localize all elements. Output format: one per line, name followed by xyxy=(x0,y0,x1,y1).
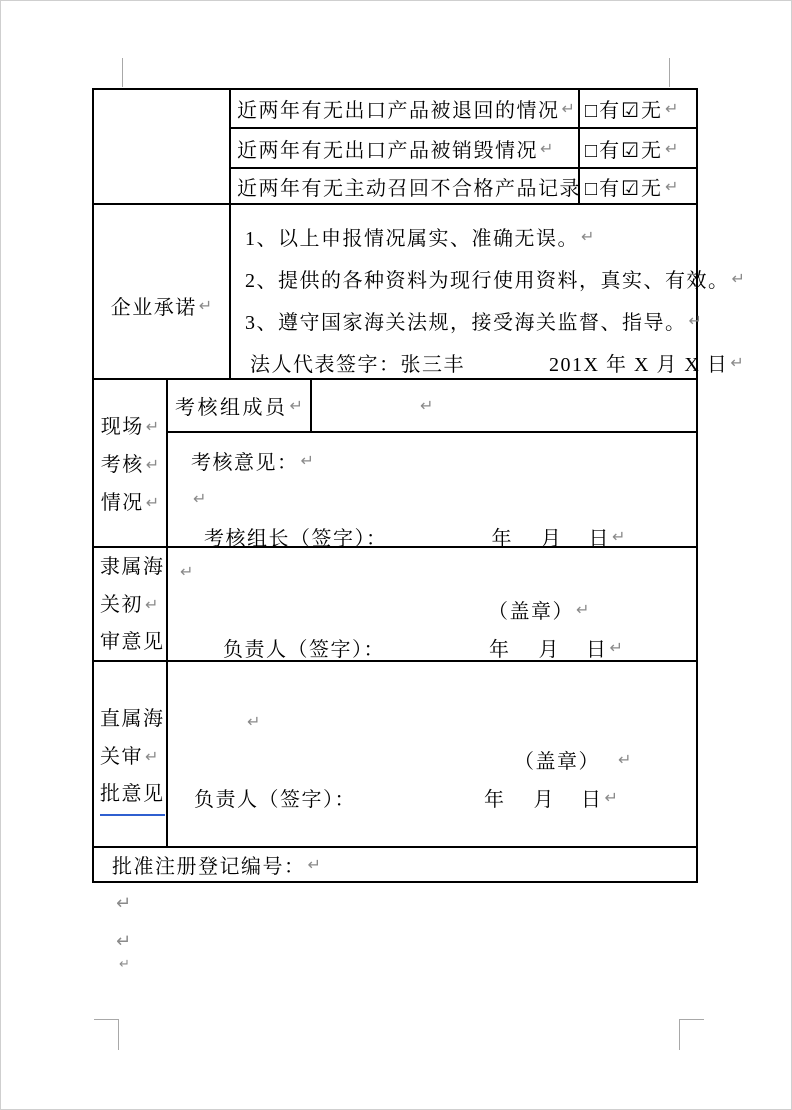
date-unit-month: 月 xyxy=(539,633,561,662)
margin-mark-bottom-right-h xyxy=(679,1019,704,1020)
responsible-signature-label: 负责人（签字）： xyxy=(223,633,385,662)
margin-mark-top-left xyxy=(122,58,123,87)
pilcrow-mark: ↵ xyxy=(301,451,314,470)
date-unit-day: 日 xyxy=(581,783,603,812)
pilcrow-mark: ↵ xyxy=(618,750,631,769)
commitment-label-cell: 企业承诺↵ xyxy=(92,203,229,378)
checkbox-answer[interactable]: □有☑无↵ xyxy=(578,127,698,167)
pilcrow-mark: ↵ xyxy=(180,562,193,581)
approval-label-cell: 直属海 关审↵ 批意见↵ xyxy=(92,660,166,846)
pilcrow-mark: ↵ xyxy=(420,396,433,415)
pilcrow-mark: ↵ xyxy=(665,139,678,158)
pilcrow-mark: ↵ xyxy=(605,788,618,807)
question-text: 近两年有无主动召回不合格产品记录 xyxy=(237,172,581,201)
checkbox-answer-text[interactable]: □有☑无 xyxy=(585,134,663,163)
pilcrow-mark: ↵ xyxy=(689,311,702,330)
onsite-label-line: 现场 xyxy=(101,408,144,446)
onsite-label-line: 考核 xyxy=(101,446,144,484)
assessment-opinion-label: 考核意见： xyxy=(191,446,299,475)
pilcrow-mark: ↵ xyxy=(665,177,678,196)
margin-mark-bottom-right-v xyxy=(679,1019,680,1050)
approval-label-line: 直属海 xyxy=(100,700,165,738)
pilcrow-mark: ↵ xyxy=(612,527,625,546)
checkbox-answer-text[interactable]: □有☑无 xyxy=(585,94,663,123)
legal-representative-signature: 法人代表签字：张三丰 xyxy=(250,348,465,377)
seal-placeholder: （盖章） xyxy=(488,595,574,624)
checkbox-answer-text[interactable]: □有☑无 xyxy=(585,172,663,201)
declaration-question-row: 近两年有无出口产品被销毁情况↵ xyxy=(229,127,578,167)
commitment-label: 企业承诺 xyxy=(111,291,197,320)
margin-mark-bottom-left-v xyxy=(118,1019,119,1050)
date-unit-year: 年 xyxy=(484,783,506,812)
declaration-question-row: 近两年有无出口产品被退回的情况↵ xyxy=(229,88,578,127)
pilcrow-mark: ↵ xyxy=(199,296,212,315)
question-text: 近两年有无出口产品被销毁情况 xyxy=(237,134,538,163)
margin-mark-bottom-left-h xyxy=(94,1019,119,1020)
date-unit-month: 月 xyxy=(534,783,556,812)
approval-label-line: 批意见 xyxy=(100,775,165,816)
pilcrow-mark: ↵ xyxy=(308,855,321,874)
approval-content-cell[interactable]: ↵ （盖章）↵ 负责人（签字）： 年 月 日 ↵ xyxy=(166,660,698,846)
pilcrow-mark: ↵ xyxy=(146,446,159,484)
preliminary-label-line: 关初 xyxy=(100,586,143,624)
onsite-label-cell: 现场↵ 考核↵ 情况↵ xyxy=(92,378,166,546)
commitment-item: 2、提供的各种资料为现行使用资料，真实、有效。 xyxy=(245,264,730,293)
pilcrow-mark: ↵ xyxy=(145,738,158,776)
checkbox-answer[interactable]: □有☑无↵ xyxy=(578,88,698,127)
pilcrow-mark: ↵ xyxy=(146,484,159,522)
pilcrow-mark: ↵ xyxy=(146,408,159,446)
pilcrow-mark: ↵ xyxy=(610,638,623,657)
assessment-team-label: 考核组成员 xyxy=(175,391,288,420)
approval-label-line: 关审 xyxy=(100,738,143,776)
pilcrow-mark: ↵ xyxy=(730,353,743,372)
pilcrow-mark: ↵ xyxy=(581,227,594,246)
registration-number-cell[interactable]: 批准注册登记编号：↵ xyxy=(92,846,698,883)
commitment-item: 3、遵守国家海关法规，接受海关监督、指导。 xyxy=(245,306,687,335)
pilcrow-mark: ↵ xyxy=(116,893,131,914)
date-unit-year: 年 xyxy=(489,633,511,662)
commitment-date: 201X 年 X 月 X 日 xyxy=(549,348,728,377)
pilcrow-mark: ↵ xyxy=(576,600,589,619)
pilcrow-mark: ↵ xyxy=(665,99,678,118)
assessment-opinion-cell[interactable]: 考核意见：↵ ↵ 考核组长（签字）： 年 月 日 ↵ xyxy=(166,431,698,546)
preliminary-label-line: 审意见 xyxy=(100,623,165,664)
pilcrow-mark: ↵ xyxy=(732,269,745,288)
pilcrow-mark: ↵ xyxy=(116,931,131,952)
commitment-content-cell: 1、以上申报情况属实、准确无误。↵ 2、提供的各种资料为现行使用资料，真实、有效… xyxy=(229,203,698,378)
pilcrow-mark: ↵ xyxy=(562,99,575,118)
responsible-signature-label: 负责人（签字）： xyxy=(194,783,356,812)
pilcrow-mark: ↵ xyxy=(290,396,303,415)
margin-mark-top-right xyxy=(669,58,670,87)
preliminary-label-line: 隶属海 xyxy=(100,548,165,586)
word-document-page: 近两年有无出口产品被退回的情况↵ □有☑无↵ 近两年有无出口产品被销毁情况↵ □… xyxy=(0,0,792,1110)
declaration-merged-empty-cell xyxy=(92,88,229,203)
pilcrow-mark: ↵ xyxy=(145,586,158,624)
pilcrow-mark: ↵ xyxy=(119,957,130,972)
declaration-question-row: 近两年有无主动召回不合格产品记录↵ xyxy=(229,167,578,203)
checkbox-answer[interactable]: □有☑无↵ xyxy=(578,167,698,203)
registration-number-label: 批准注册登记编号： xyxy=(112,850,306,879)
commitment-item: 1、以上申报情况属实、准确无误。 xyxy=(245,222,579,251)
date-unit-day: 日 xyxy=(586,633,608,662)
onsite-label-line: 情况 xyxy=(101,484,144,522)
preliminary-review-content-cell[interactable]: ↵ （盖章）↵ 负责人（签字）： 年 月 日 ↵ xyxy=(166,546,698,660)
pilcrow-mark: ↵ xyxy=(247,712,260,731)
pilcrow-mark: ↵ xyxy=(540,139,553,158)
assessment-team-label-cell: 考核组成员↵ xyxy=(166,378,310,431)
seal-placeholder: （盖章） xyxy=(514,745,600,774)
question-text: 近两年有无出口产品被退回的情况 xyxy=(237,94,560,123)
preliminary-review-label-cell: 隶属海 关初↵ 审意见↵ xyxy=(92,546,166,660)
assessment-team-value-cell[interactable]: ↵ xyxy=(310,378,698,431)
pilcrow-mark: ↵ xyxy=(193,489,206,508)
